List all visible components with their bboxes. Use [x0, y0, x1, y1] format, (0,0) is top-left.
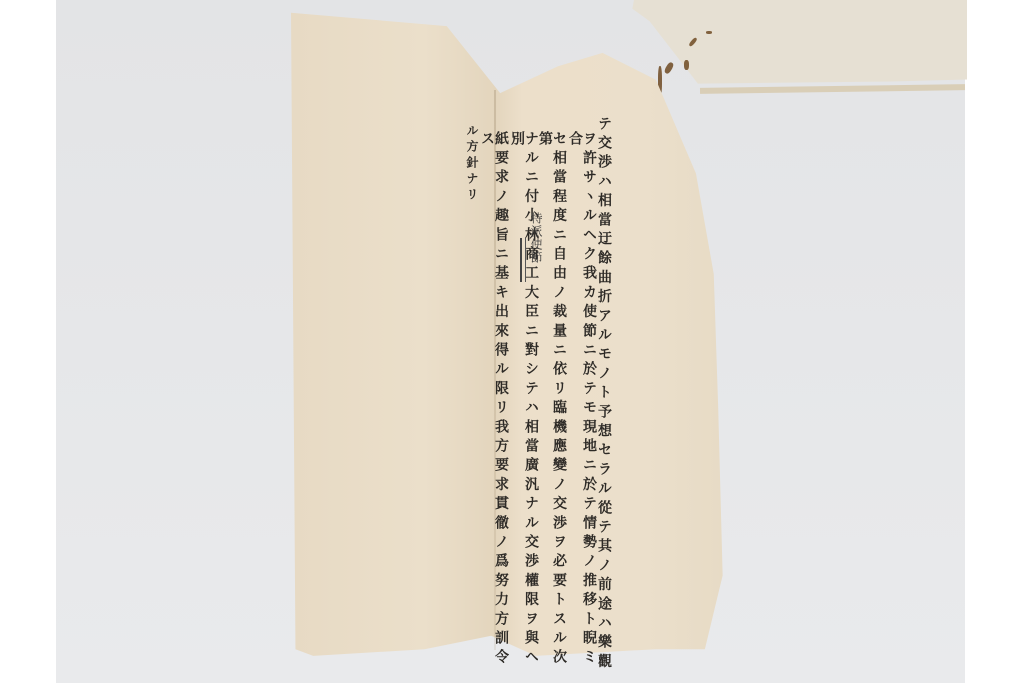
text-column-2: ヲ許サヽルヘク我カ使節ニ於テモ現地ニ於テ情勢ノ推移ト睨ミ合 [568, 131, 596, 683]
stain-mark [684, 60, 689, 70]
text-column-1: テ交渉ハ相當迂餘曲折アルモノト予想セラル從テ其ノ前途ハ樂觀 [597, 116, 611, 673]
strikethrough-line [525, 238, 526, 282]
strikethrough-line [520, 238, 522, 282]
stain-mark [706, 31, 712, 34]
text-column-6: ル方針ナリ [466, 124, 478, 204]
text-column-5: 紙要求ノ趣旨ニ基キ出來得ル限リ我方要求貫徹ノ爲努力方訓令ス [480, 131, 508, 683]
handwritten-annotation: 特派使節 [528, 212, 545, 264]
